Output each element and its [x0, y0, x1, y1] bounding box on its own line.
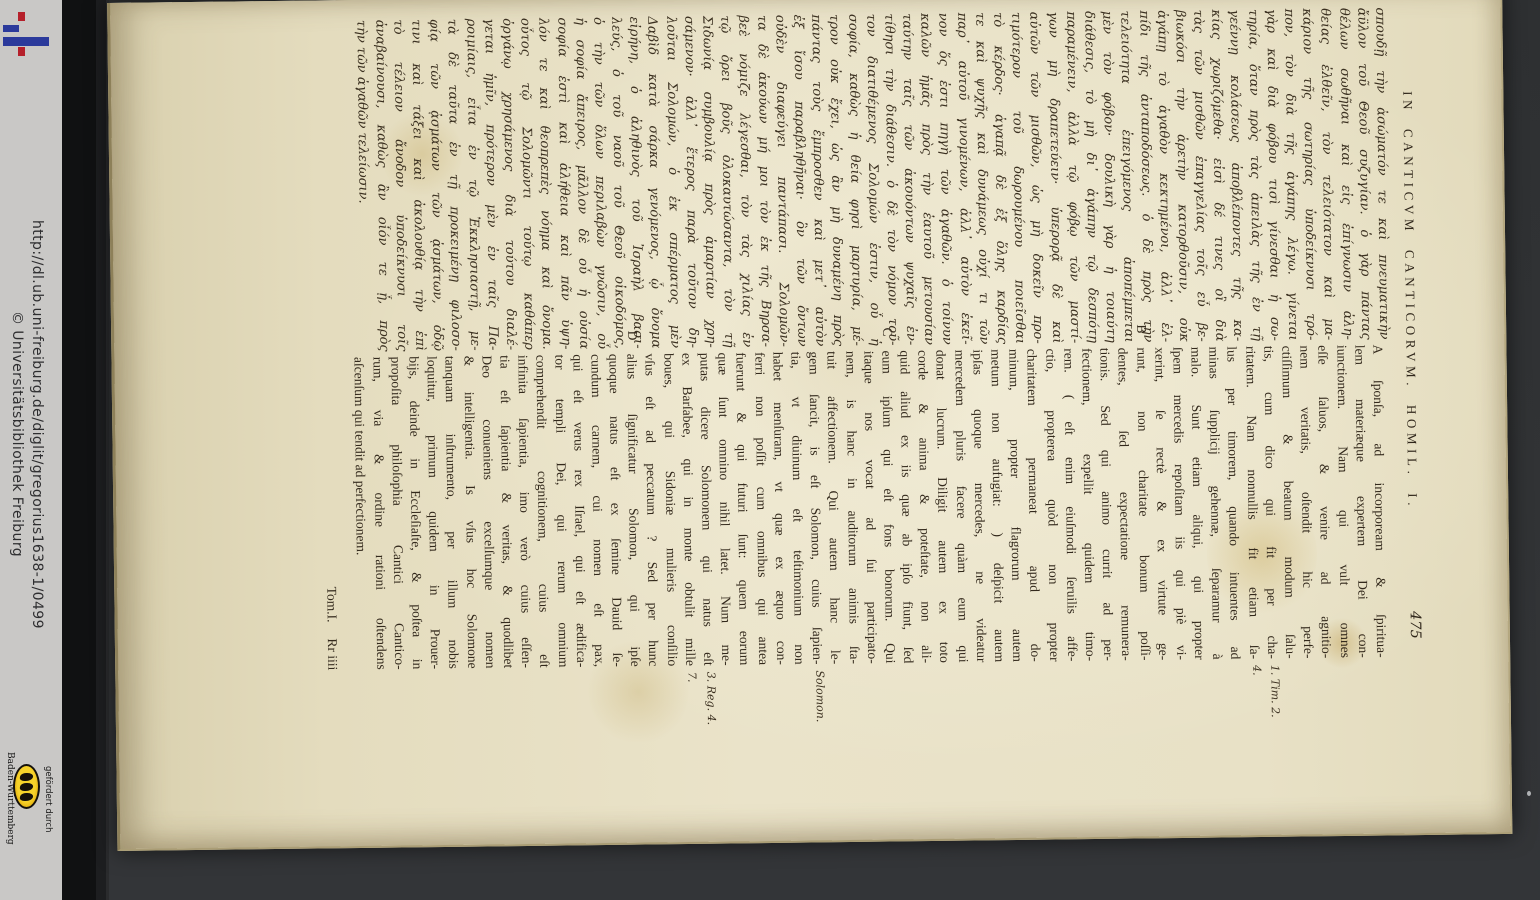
running-header: IN CANTICVM CANTICORVM. HOMIL. I. [1399, 91, 1420, 510]
latin-text-line: putas dicere Solomonem qui natus eſt [695, 353, 717, 666]
source-url-label: http://dl.ub.uni-freiburg.de/diglit/greg… [29, 220, 45, 629]
photo-background: IN CANTICVM CANTICORVM. HOMIL. I. 475 σπ… [62, 0, 1540, 900]
margin-note: 4. [1250, 665, 1264, 755]
latin-text-line: metum non aufugiat: ) deſpicit autem [986, 349, 1008, 662]
volume-label: Tom.I. [321, 587, 339, 623]
latin-text-line: boues, qui Sidoniæ mulieris conſilio [659, 353, 681, 666]
latin-text-column: A ſponſa, ad incorpoream & ſpiritua-lem … [350, 344, 1390, 670]
logo-blue-bar-long [3, 37, 49, 46]
latin-text-line: itaque nos vocat ad ſui participato- [859, 351, 881, 664]
latin-text-line: fectionem, expellit quidem timo- [1077, 348, 1099, 661]
latin-text-line: habet menſuram, vt quæ ex æquo con- [768, 352, 790, 665]
latin-text-line: runt, non charitate bonum poſſi- [1132, 347, 1154, 660]
latin-text-line: Deo conueniens excelſumque nomen [477, 355, 499, 668]
book-cradle-shadow [62, 0, 109, 900]
latin-text-line: rem. ( eſt enim eiuſmodi ſeruilis affe- [1059, 348, 1081, 661]
latin-text-line: cundum carnem, cui nomen eſt pax, [586, 354, 608, 667]
lion-icon [19, 793, 34, 801]
latin-text-line: tia, vt diuinum eſt teſtimonium non [786, 352, 808, 665]
latin-text-line: rum, via & ordine rationi oſtendens [368, 357, 390, 670]
latin-text-line: iunctionem. Nam qui vult omnes [1332, 345, 1354, 658]
margin-note: Solomon. [813, 670, 827, 760]
latin-text-line: bijs, deinde in Eccleſiaſte, & poſtea in [404, 356, 426, 669]
logo-red-square-bottom [18, 47, 25, 56]
margin-note: 1. Tim. 2. [1268, 665, 1282, 755]
section-marker: D [624, 331, 640, 351]
library-scan-viewer: IN CANTICVM CANTICORVM. HOMIL. I. 475 σπ… [0, 0, 1540, 900]
ub-freiburg-logo [0, 0, 62, 62]
greek-text-column: σπουδῇ τὴν ἀσώματόν τε καὶ πνευματικὴνἄϋ… [352, 7, 1393, 352]
funding-region-label: Baden-Württemberg [5, 752, 15, 845]
latin-text-line: mercedem pluris facere quàm eum qui [950, 350, 972, 663]
logo-blue-bar-short [3, 25, 19, 32]
latin-text-line: qui eſt verus rex Iſrael, qui eſt ædific… [568, 354, 590, 667]
margin-note: 7. [686, 672, 700, 762]
copyright-label: © Universitätsbibliothek Freiburg [9, 311, 25, 557]
latin-text-line: lem materiæque expertem Dei con- [1350, 345, 1372, 658]
latin-text-line: ritatem. Nam nonnullis fit etiam ſa- [1241, 346, 1263, 659]
lion-icon [19, 773, 34, 781]
latin-text-line: eum ipſum qui eſt fons bonorum. Qui [877, 350, 899, 663]
latin-text-line: A ſponſa, ad incorpoream & ſpiritua- [1368, 344, 1390, 657]
latin-text-line: tis, cum dico qui fit per cha- [1259, 346, 1281, 659]
funding-label: gefördert durch [43, 766, 53, 832]
margin-note: 3. Reg. 4. [704, 672, 718, 762]
latin-text-line: nem, is hanc in auditorum animis ſta- [841, 351, 863, 664]
latin-text-line: ferri non poſſit cum omnibus qui antea [750, 352, 772, 665]
latin-text-line: tia eſt ſapientia & veritas, & quodlibet [495, 355, 517, 668]
book-page: IN CANTICVM CANTICORVM. HOMIL. I. 475 σπ… [107, 0, 1512, 851]
baden-wuerttemberg-coat-of-arms [13, 764, 40, 809]
section-marker: B [1134, 324, 1150, 344]
latin-text-line: ctio, propterea quòd non propter [1041, 348, 1063, 661]
latin-text-line: xerint, ſe rectè & ex virtute ge- [1150, 347, 1172, 660]
latin-text-line: & intelligentia. Is vſus hoc Solomone [459, 356, 481, 669]
dust-speck [1527, 791, 1531, 796]
latin-text-line: ctiſſimum & beatum modum ſalu- [1277, 346, 1299, 659]
section-marker: C [879, 327, 895, 347]
latin-text-line: ſpem mercedis repoſitam iis qui piè vi- [1168, 347, 1190, 660]
sidebar: http://dl.ub.uni-freiburg.de/diglit/greg… [0, 0, 62, 900]
latin-text-line: propoſita philoſophia Cantici Cantico- [386, 356, 408, 669]
page-footer: Tom.I. Rr iiii [318, 357, 340, 670]
page-number: 475 [1407, 611, 1423, 639]
latin-text-line: ipſas quoque mercedes, ne videatur [968, 349, 990, 662]
latin-text-line: ex Barſabee, qui in monte obtulit mille [677, 353, 699, 666]
logo-red-square-top [18, 12, 25, 21]
signature-mark: Rr iiii [322, 638, 340, 670]
latin-text-line: tor templi Dei, qui rerum omnium [550, 354, 572, 667]
lion-icon [19, 783, 34, 791]
